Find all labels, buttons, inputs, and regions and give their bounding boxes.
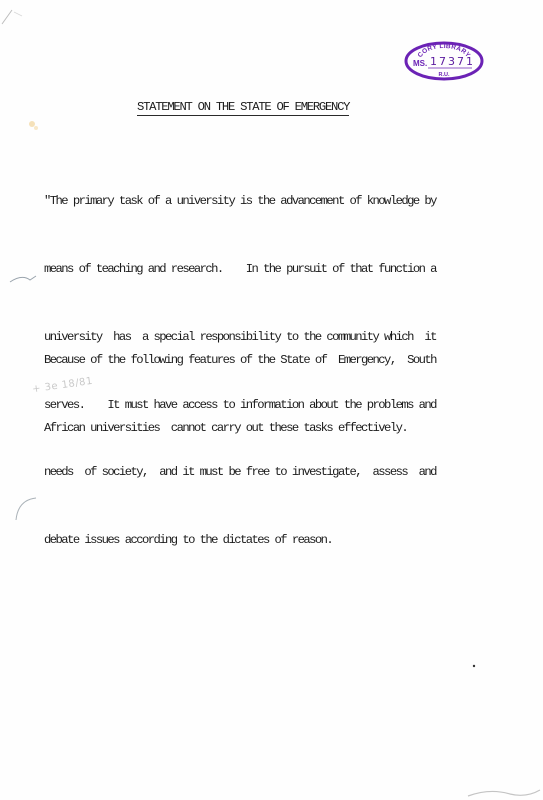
library-stamp: CORY LIBRARY MS. 17371 R.U. — [404, 41, 484, 81]
scan-mark-left-curl — [8, 490, 48, 530]
scan-mark-top-left — [0, 0, 30, 30]
paragraph-2: Because of the following features of the… — [44, 304, 436, 485]
paragraph-line: debate issues according to the dictates … — [44, 529, 436, 552]
document-title: STATEMENT ON THE STATE OF EMERGENCY — [137, 101, 349, 116]
stamp-number: 17371 — [430, 55, 475, 68]
scan-dot — [472, 664, 476, 668]
document-page: CORY LIBRARY MS. 17371 R.U. STATEMENT ON… — [0, 0, 543, 800]
paragraph-line: Because of the following features of the… — [44, 349, 436, 372]
scan-mark-left-smudge — [18, 110, 48, 140]
paragraph-line: "The primary task of a university is the… — [44, 190, 436, 213]
scan-mark-bottom-right — [460, 780, 543, 800]
paragraph-line: means of teaching and research. In the p… — [44, 258, 436, 281]
stamp-prefix: MS. — [413, 59, 427, 68]
stamp-bottom-text: R.U. — [439, 72, 450, 78]
paragraph-line: African universities cannot carry out th… — [44, 417, 436, 440]
scan-mark-left-margin — [0, 270, 40, 290]
